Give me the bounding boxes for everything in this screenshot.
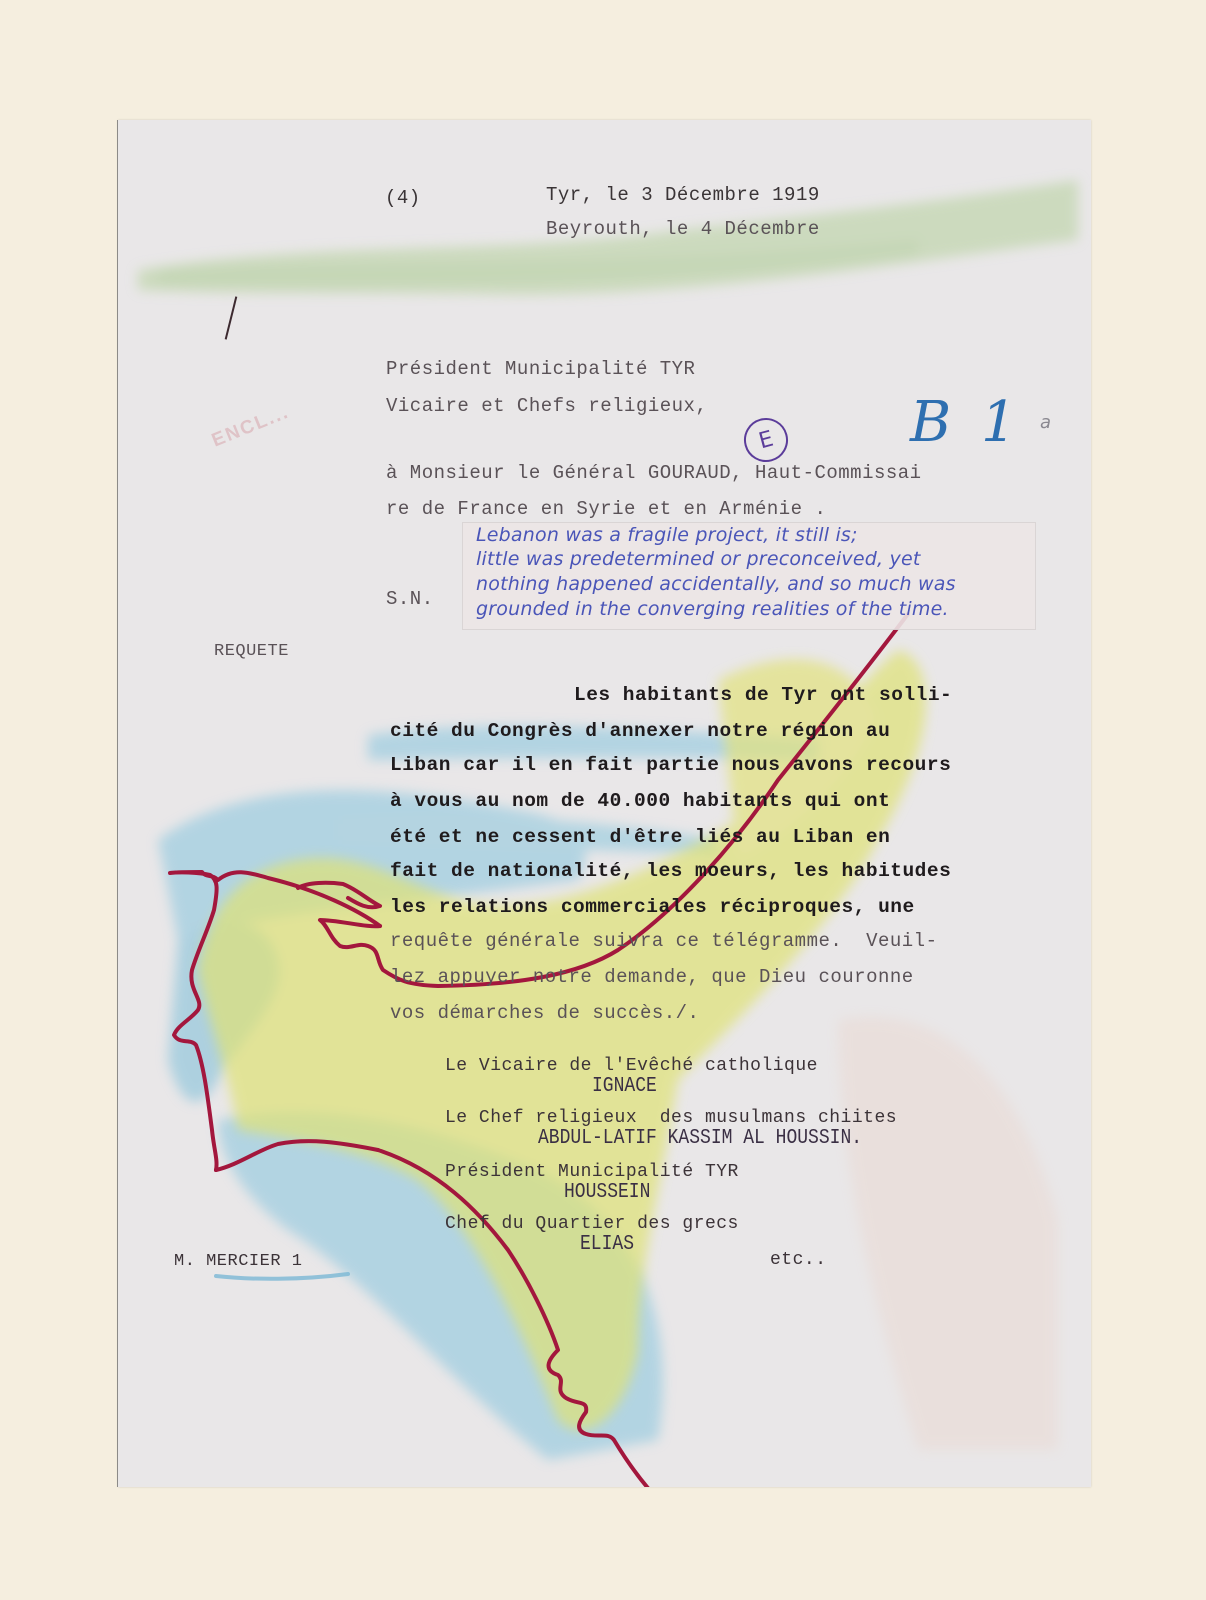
body-line: les relations commerciales réciproques, … bbox=[390, 896, 915, 918]
document-page: (4) Tyr, le 3 Décembre 1919 Beyrouth, le… bbox=[118, 120, 1091, 1487]
signatory-title: Président Municipalité TYR bbox=[445, 1162, 739, 1182]
signatory-title: Chef du Quartier des grecs bbox=[445, 1214, 739, 1234]
note-line: grounded in the converging realities of … bbox=[476, 598, 949, 620]
signatory-title: Le Chef religieux des musulmans chiites bbox=[445, 1108, 897, 1128]
closing-etc: etc.. bbox=[770, 1250, 827, 1270]
signatory-name: HOUSSEIN bbox=[564, 1180, 650, 1204]
body-line: requête générale suivra ce télégramme. V… bbox=[390, 930, 938, 952]
signatory-name: ELIAS bbox=[580, 1232, 634, 1256]
signatory-name: IGNACE bbox=[592, 1074, 657, 1098]
body-line: à vous au nom de 40.000 habitants qui on… bbox=[390, 790, 890, 812]
body-line: lez appuyer notre demande, que Dieu cour… bbox=[390, 966, 914, 988]
body-line: été et ne cessent d'être liés au Liban e… bbox=[390, 826, 890, 848]
body-line: fait de nationalité, les moeurs, les hab… bbox=[390, 860, 951, 882]
page-number: (4) bbox=[385, 187, 421, 209]
body-line: Liban car il en fait partie nous avons r… bbox=[390, 754, 951, 776]
copy-to-mercier: M. MERCIER 1 bbox=[174, 1252, 302, 1271]
reference-sn: S.N. bbox=[386, 588, 434, 610]
addressee-line-1: à Monsieur le Général GOURAUD, Haut-Comm… bbox=[386, 462, 922, 484]
pencil-mark-b1: B 1 bbox=[910, 390, 1023, 455]
note-line: little was predetermined or preconceived… bbox=[476, 548, 921, 570]
body-line: cité du Congrès d'annexer notre région a… bbox=[390, 720, 890, 742]
blue-underline bbox=[212, 1270, 352, 1284]
handwritten-note-slip: Lebanon was a fragile project, it still … bbox=[462, 522, 1036, 630]
signatory-name: ABDUL-LATIF KASSIM AL HOUSSIN. bbox=[538, 1126, 862, 1150]
sender-line-1: Président Municipalité TYR bbox=[386, 358, 695, 380]
pencil-mark-small: a bbox=[1040, 412, 1051, 433]
note-line: Lebanon was a fragile project, it still … bbox=[476, 524, 858, 546]
body-line: vos démarches de succès./. bbox=[390, 1002, 699, 1024]
sender-line-2: Vicaire et Chefs religieux, bbox=[386, 395, 707, 417]
margin-label-requete: REQUETE bbox=[214, 642, 289, 661]
signatory-title: Le Vicaire de l'Evêché catholique bbox=[445, 1056, 818, 1076]
dateline-beyrouth: Beyrouth, le 4 Décembre bbox=[546, 218, 820, 240]
note-line: nothing happened accidentally, and so mu… bbox=[476, 573, 956, 595]
body-line: Les habitants de Tyr ont solli- bbox=[574, 684, 952, 706]
addressee-line-2: re de France en Syrie et en Arménie . bbox=[386, 498, 826, 520]
dateline-tyr: Tyr, le 3 Décembre 1919 bbox=[546, 184, 820, 206]
